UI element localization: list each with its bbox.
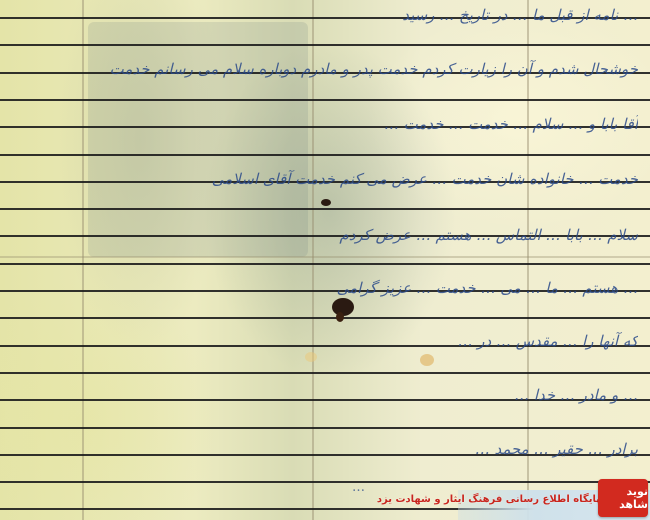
handwritten-line: خوشحال شدم و آن را زیارت کردم خدمت پدر و… (30, 60, 638, 82)
photo-show-through (88, 22, 308, 257)
watermark-banner-text: پایگاه اطلاع رسانی فرهنگ ایثار و شهادت ی… (462, 494, 600, 505)
ink-stain (321, 199, 331, 206)
ruled-line (0, 317, 650, 319)
handwritten-line: … هستم … ما … می … خدمت … عزیز گرامی (24, 279, 638, 301)
handwritten-line: خدمت … خانواده شان خدمت … عرض می کنم خدم… (8, 170, 638, 192)
watermark-logo: نوید شاهد (598, 479, 648, 517)
fold-crease (0, 256, 650, 258)
handwritten-line: … و مادر … خدا … (110, 386, 638, 408)
ruled-line (0, 263, 650, 265)
handwritten-line: آقا بابا و … سلام … خدمت … خدمت … (20, 115, 638, 137)
ruled-line (0, 427, 650, 429)
handwritten-line: که آنها را … مقدس … در … (20, 332, 638, 354)
ruled-line (0, 99, 650, 101)
handwritten-line: سلام … بابا … التماس … هستم … عرض کردم (18, 226, 638, 248)
ink-stain (336, 312, 344, 322)
handwritten-line: برادر … حقیر … محمد … (220, 440, 638, 462)
ruled-line (0, 372, 650, 374)
ruled-line (0, 154, 650, 156)
water-stain (420, 354, 434, 366)
water-stain (305, 352, 317, 362)
signature: … (255, 480, 365, 502)
handwritten-line: … نامه از قبل ما … در تاریخ … رسید (10, 6, 638, 28)
ruled-line (0, 44, 650, 46)
ruled-line (0, 208, 650, 210)
